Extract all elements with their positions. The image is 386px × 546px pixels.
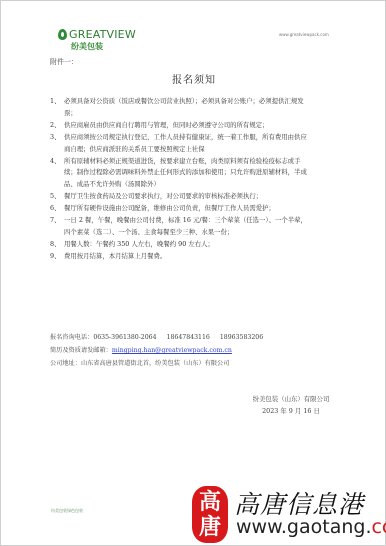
item-text: 餐厅所有硬件设施由公司配备，维修由公司负责，但餐厅工作人员需爱护； bbox=[64, 203, 310, 215]
contact-section: 报名咨询电话：0635-3961380-20641864784311618963… bbox=[50, 331, 350, 370]
item-number: 2、 bbox=[50, 120, 64, 132]
requirements-list: 1、必须具备对公资质（饭店或餐饮公司营业执照）；必须具备对公账户；必须提供汇规发… bbox=[50, 96, 310, 263]
document-title: 报名须知 bbox=[1, 71, 386, 86]
item-number: 1、 bbox=[50, 96, 64, 120]
list-item: 9、费用按月结算，本月结算上月餐费。 bbox=[50, 251, 310, 263]
signature-company: 纷美包装（山东）有限公司 bbox=[231, 393, 351, 405]
item-text: 餐厅卫生按食药局及公司要求执行，对公司要求的审核标准必须执行； bbox=[64, 191, 310, 203]
logo-chinese-name: 纷美包装 bbox=[71, 41, 136, 52]
list-item: 4、所有原辅材料必须正规渠道进货，按要求建立台账，肉类原料须有检验检疫标志或手续… bbox=[50, 156, 310, 192]
seal-char-bottom: 唐 bbox=[199, 515, 221, 540]
item-text: 必须具备对公资质（饭店或餐饮公司营业执照）；必须具备对公账户；必须提供汇规发票； bbox=[64, 96, 310, 120]
email-link[interactable]: mingping.han@greatviewpack.com.cn bbox=[112, 347, 232, 354]
item-text: 用餐人数：午餐约 350 人左右，晚餐约 90 左右人； bbox=[64, 239, 310, 251]
seal-char-top: 高 bbox=[199, 490, 221, 515]
company-logo: GREATVIEW 纷美包装 bbox=[58, 28, 136, 52]
address-text: 山东省高唐县管道街北首，纷美包装（山东）有限公司 bbox=[81, 360, 230, 367]
phone-number: 0635-3961380-2064 bbox=[93, 334, 156, 341]
phone-line: 报名咨询电话：0635-3961380-20641864784311618963… bbox=[50, 331, 350, 344]
item-number: 8、 bbox=[50, 239, 64, 251]
list-item: 5、餐厅卫生按食药局及公司要求执行，对公司要求的审核标准必须执行； bbox=[50, 191, 310, 203]
logo-english-name: GREATVIEW bbox=[69, 28, 136, 41]
signature-block: 纷美包装（山东）有限公司 2023 年 9 月 16 日 bbox=[231, 393, 351, 417]
list-item: 3、供应商须按公司规定执行登记，工作人员持有健康证，统一着工作服，所有费用由供应… bbox=[50, 132, 310, 156]
phone-label: 报名咨询电话： bbox=[50, 334, 93, 341]
watermark-url-tld: cc bbox=[371, 516, 386, 538]
item-number: 6、 bbox=[50, 203, 64, 215]
item-text: 供应商须按公司规定执行登记，工作人员持有健康证，统一着工作服，所有费用由供应商自… bbox=[64, 132, 310, 156]
list-item: 1、必须具备对公资质（饭店或餐饮公司营业执照）；必须具备对公账户；必须提供汇规发… bbox=[50, 96, 310, 120]
gaotang-seal-logo: 高 唐 bbox=[192, 486, 228, 543]
list-item: 6、餐厅所有硬件设施由公司配备，维修由公司负责，但餐厅工作人员需爱护； bbox=[50, 203, 310, 215]
email-line: 简历及资质请发邮箱：mingping.han@greatviewpack.com… bbox=[50, 344, 350, 357]
item-number: 9、 bbox=[50, 251, 64, 263]
watermark-url-main: www.gaotang. bbox=[236, 516, 371, 538]
phone-number: 18647843116 bbox=[167, 334, 210, 341]
attachment-label: 附件一： bbox=[50, 57, 78, 67]
list-item: 2、供应商雇员由供应商自行聘用与管理，但同时必须遵守公司的所有规定； bbox=[50, 120, 310, 132]
list-item: 8、用餐人数：午餐约 350 人左右，晚餐约 90 左右人； bbox=[50, 239, 310, 251]
item-number: 4、 bbox=[50, 156, 64, 192]
footer-note: 纷美包装绿色包装 bbox=[51, 508, 83, 514]
header-website: www.greatviewpack.com bbox=[279, 32, 329, 37]
item-number: 5、 bbox=[50, 191, 64, 203]
item-number: 7、 bbox=[50, 215, 64, 239]
email-label: 简历及资质请发邮箱： bbox=[50, 347, 112, 354]
signature-date: 2023 年 9 月 16 日 bbox=[231, 405, 351, 417]
document-page: GREATVIEW 纷美包装 www.greatviewpack.com 附件一… bbox=[0, 0, 386, 546]
address-label: 公司地址： bbox=[50, 360, 81, 367]
list-item: 7、一日 2 餐，午餐，晚餐由公司付费，标准 16 元/餐：三个荤菜（任选一）、… bbox=[50, 215, 310, 239]
item-text: 供应商雇员由供应商自行聘用与管理，但同时必须遵守公司的所有规定； bbox=[64, 120, 310, 132]
item-text: 费用按月结算，本月结算上月餐费。 bbox=[64, 251, 310, 263]
address-line: 公司地址：山东省高唐县管道街北首，纷美包装（山东）有限公司 bbox=[50, 357, 350, 370]
phone-number: 18963583206 bbox=[220, 334, 263, 341]
watermark-url: www.gaotang.cc bbox=[236, 516, 386, 538]
item-text: 一日 2 餐，午餐，晚餐由公司付费，标准 16 元/餐：三个荤菜（任选一）、一个… bbox=[64, 215, 310, 239]
item-text: 所有原辅材料必须正规渠道进货，按要求建立台账，肉类原料须有检验检疫标志或手续；制… bbox=[64, 156, 310, 192]
leaf-logo-icon bbox=[58, 29, 67, 40]
item-number: 3、 bbox=[50, 132, 64, 156]
